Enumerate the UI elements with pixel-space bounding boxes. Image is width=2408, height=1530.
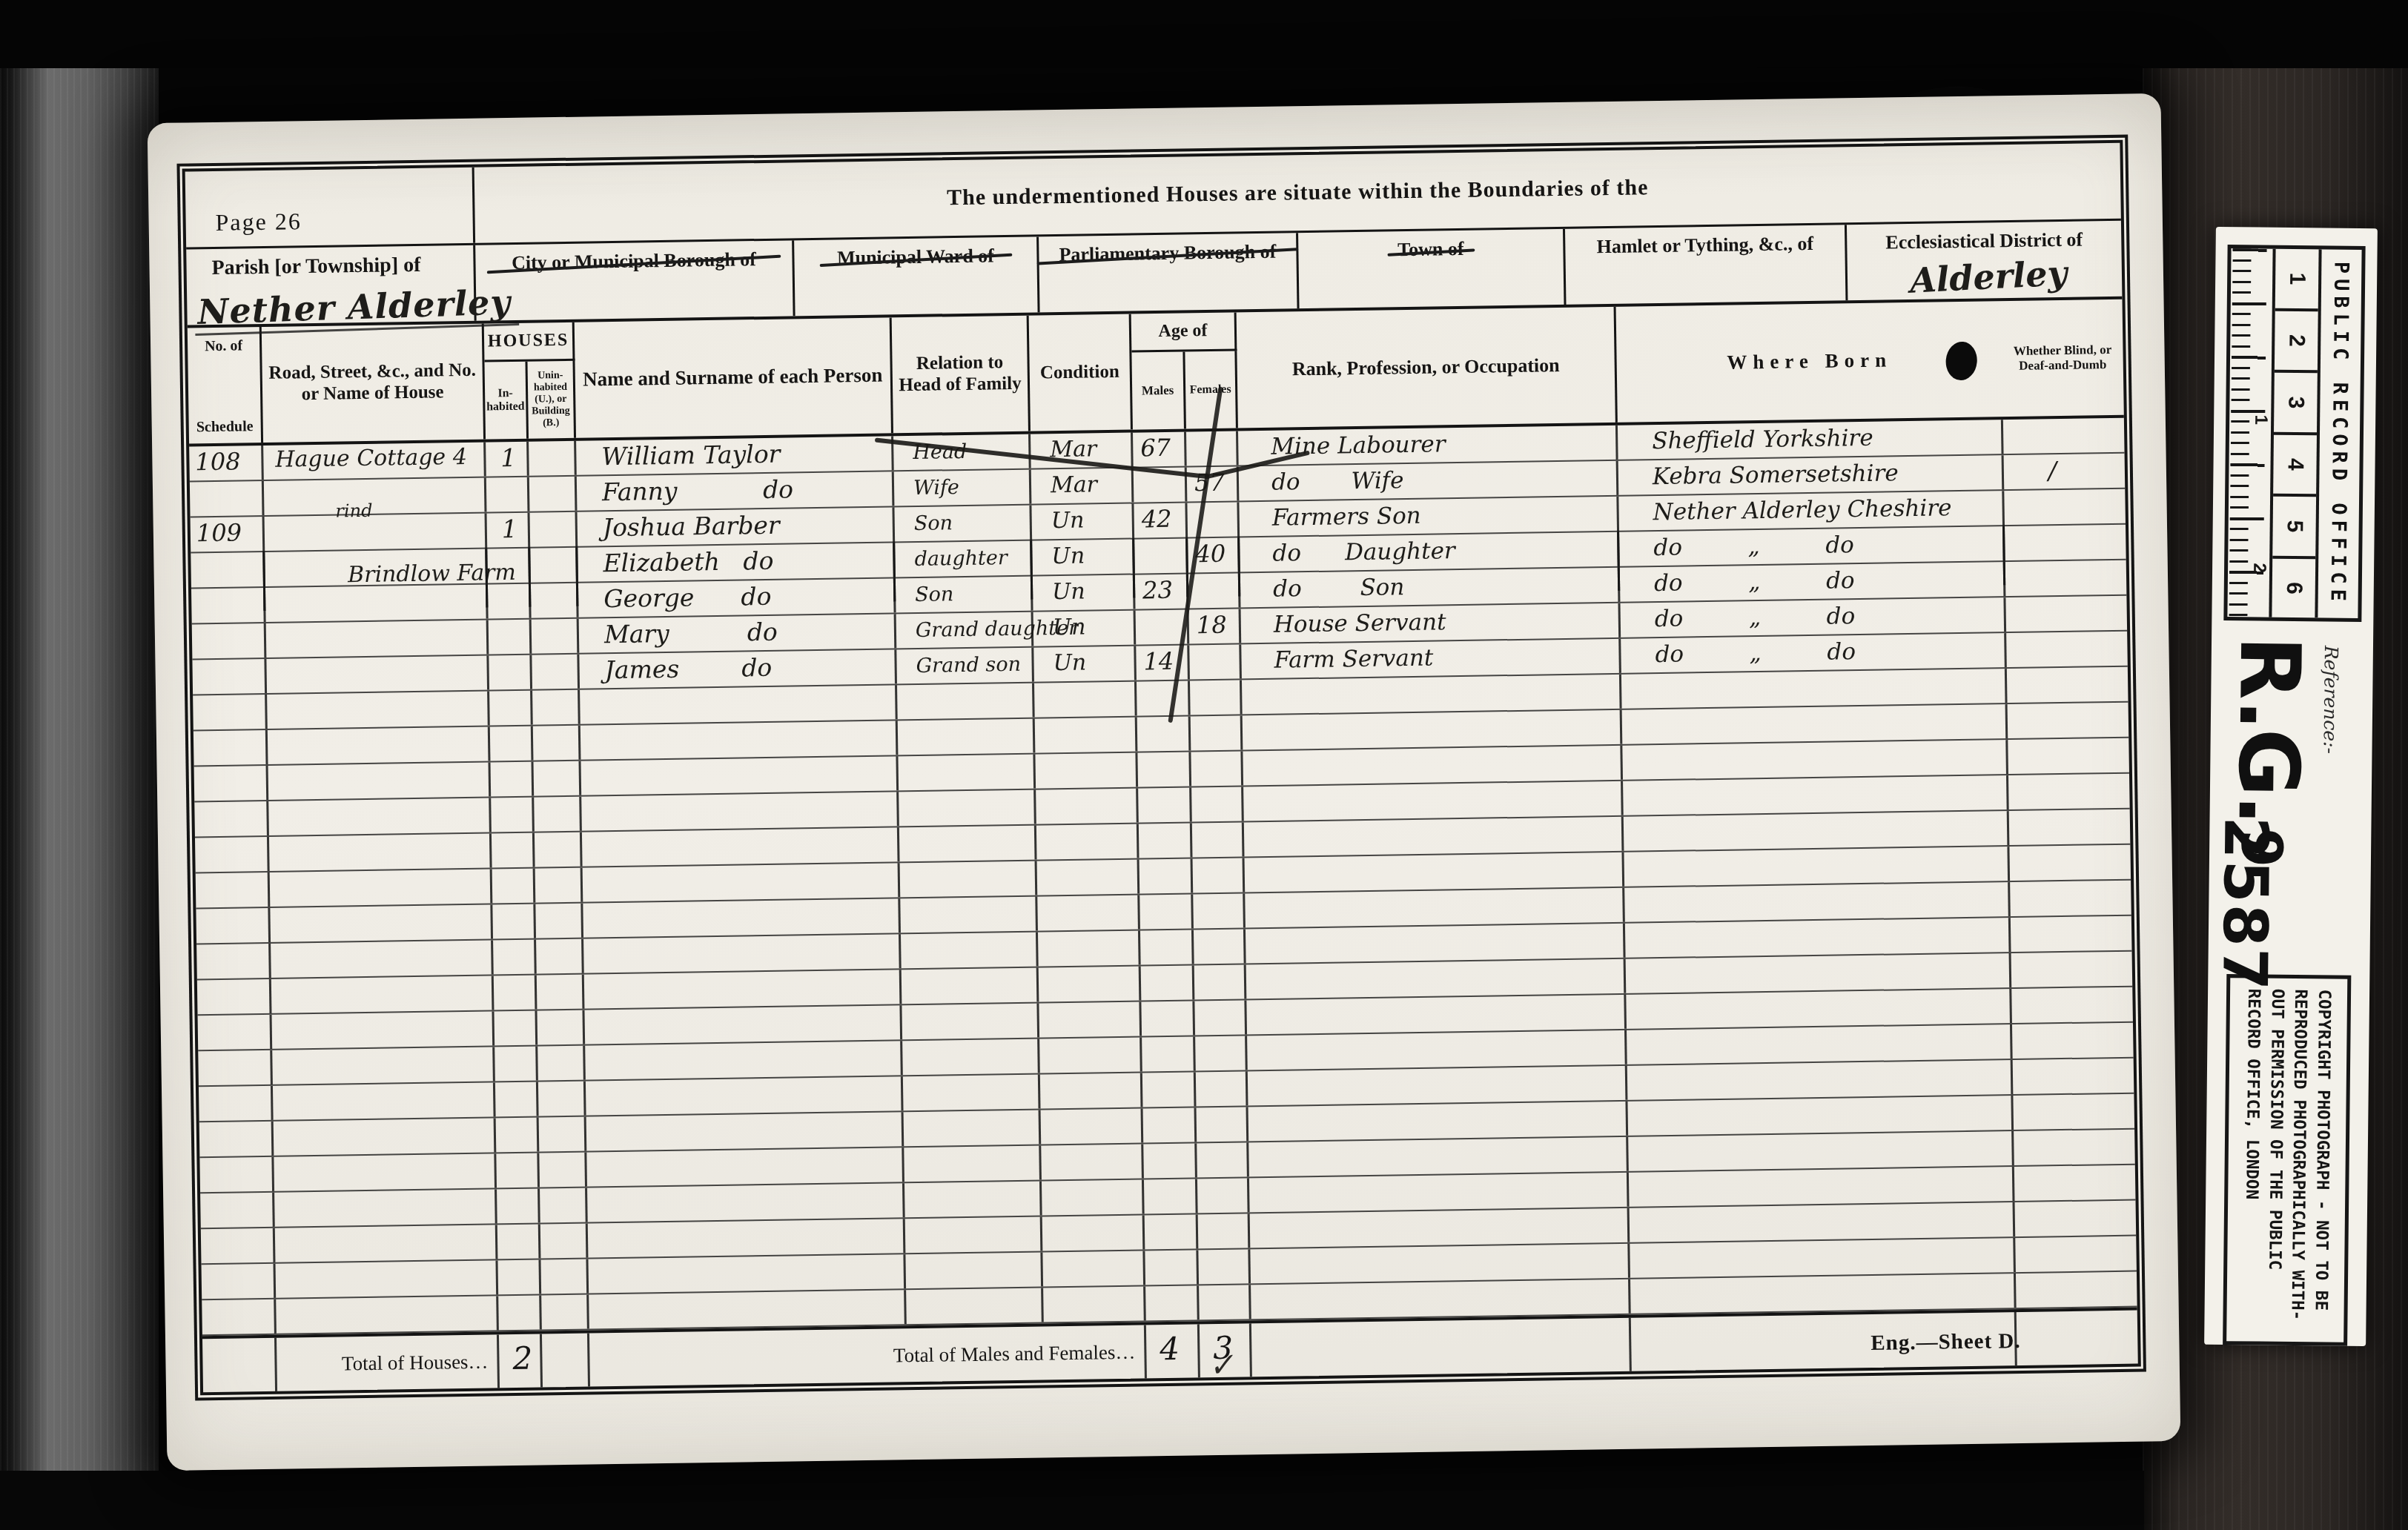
occupation: Farm Servant: [1241, 639, 1621, 679]
relation: Son: [896, 577, 1033, 613]
age-male: 23: [1135, 574, 1189, 609]
col-header-inhabited: In-habited: [484, 362, 529, 440]
sheet-label: Eng.—Sheet D.: [1870, 1329, 2021, 1356]
occupation: Mine Labourer: [1238, 425, 1618, 466]
age-female: [1186, 431, 1239, 466]
total-males-females-label: Total of Males and Females…: [589, 1325, 1147, 1386]
relation: daughter: [895, 541, 1033, 577]
where-born: do „ do: [1620, 597, 2006, 637]
age-female: 40: [1188, 537, 1240, 572]
hamlet-cell: Hamlet or Tything, &c., of: [1565, 225, 1848, 305]
municipal-ward-cell: Municipal Ward of: [794, 236, 1039, 316]
census-form: Page 26 The undermentioned Houses are si…: [182, 140, 2141, 1396]
condition: Un: [1033, 646, 1137, 682]
col-header-condition: Condition: [1029, 314, 1133, 431]
table-body: 108 Hague Cottage 4 1 William Taylor Hea…: [189, 418, 2137, 1337]
person-name: Mary do: [579, 614, 897, 652]
person-name: Fanny do: [577, 471, 895, 510]
inhabited-mark: 1: [486, 442, 529, 477]
piece-number: 2587: [2209, 816, 2280, 992]
page-number: Page 26: [185, 168, 475, 248]
parliamentary-borough-cell: Parliamentary Borough of: [1039, 233, 1299, 312]
where-born: do „ do: [1619, 526, 2005, 566]
film-edge-left: [0, 0, 159, 1530]
condition: Un: [1032, 540, 1135, 575]
pro-ruler: PUBLIC RECORD OFFICE 1 2 3 4 5 6 1 2: [2223, 245, 2365, 622]
pro-office-label: PUBLIC RECORD OFFICE: [2315, 249, 2361, 618]
where-born: Kebra Somersetshire: [1618, 455, 2005, 495]
parliamentary-borough-label: Parliamentary Borough of: [1054, 241, 1280, 267]
house-name: Hague Cottage 4: [263, 443, 486, 480]
pro-reference-card: PUBLIC RECORD OFFICE 1 2 3 4 5 6 1 2 Ref…: [2204, 227, 2378, 1346]
copyright-notice: COPYRIGHT PHOTOGRAPH - NOT TO BE REPRODU…: [2223, 974, 2351, 1346]
total-males-value: 4: [1146, 1324, 1200, 1378]
reference-section: Reference:- R.G. 9 2587: [2209, 632, 2373, 940]
condition: Un: [1033, 611, 1137, 646]
town-label: Town of: [1393, 238, 1469, 262]
occupation: do Daughter: [1240, 532, 1620, 572]
relation: Grand son: [896, 648, 1034, 684]
hamlet-label: Hamlet or Tything, &c., of: [1596, 233, 1813, 258]
person-name: Elizabeth do: [578, 543, 896, 581]
schedule-number: 108: [189, 446, 264, 480]
relation: Grand daughter: [896, 612, 1034, 649]
reference-label: Reference:-: [2319, 646, 2342, 754]
col-header-schedule: No. of Schedule: [188, 327, 263, 443]
relation: Wife: [894, 470, 1032, 506]
occupation: do Son: [1240, 568, 1621, 608]
total-houses-value: 2: [499, 1334, 543, 1388]
where-born: do „ do: [1620, 562, 2006, 602]
census-page: Page 26 The undermentioned Houses are si…: [148, 93, 2181, 1471]
condition: Un: [1033, 575, 1136, 611]
person-name: James do: [579, 649, 897, 688]
age-male: 14: [1136, 645, 1190, 680]
age-male: 67: [1133, 432, 1187, 467]
col-header-where-born: Where Born: [1616, 301, 2003, 423]
col-header-name: Name and Surname of each Person: [575, 317, 893, 437]
city-borough-label: City or Municipal Borough of: [507, 248, 761, 274]
relation: Head: [893, 434, 1031, 471]
parish-label: Parish [or Township] of: [211, 254, 420, 280]
ruler-ticks: 1 2: [2229, 248, 2272, 617]
col-header-males: Males: [1131, 352, 1186, 430]
person-name: William Taylor: [576, 436, 894, 474]
film-band-top: [0, 0, 2408, 68]
col-header-occupation: Rank, Profession, or Occupation: [1237, 307, 1618, 428]
ecclesiastical-value-handwriting: Alderley: [1909, 253, 2068, 300]
occupation: House Servant: [1241, 603, 1621, 643]
occupation: do Wife: [1239, 461, 1619, 501]
hole-punch-dot: [1944, 340, 1978, 382]
col-header-relation: Relation to Head of Family: [892, 316, 1031, 434]
blind-mark: [2003, 418, 2125, 454]
condition: Mar: [1031, 468, 1134, 504]
municipal-ward-label: Municipal Ward of: [833, 245, 999, 269]
house-name-correction: rind: [335, 502, 372, 520]
parish-cell: Parish [or Township] of Nether Alderley: [186, 245, 476, 325]
col-header-females: Females: [1185, 351, 1238, 428]
col-header-road: Road, Street, &c., and No. or Name of Ho…: [262, 324, 486, 443]
age-female: 57: [1187, 466, 1240, 501]
person-name: George do: [578, 578, 896, 617]
col-header-uninhabited: Unin-habited (U.), or Building (B.): [527, 361, 576, 439]
ecclesiastical-label: Ecclesiastical District of: [1885, 229, 2083, 254]
blind-mark: /: [2004, 454, 2126, 489]
col-header-houses-group: HOUSES: [484, 322, 575, 362]
age-female: 18: [1189, 609, 1242, 643]
film-band-bottom: [0, 1471, 2144, 1530]
checkmark-annotation: ✓: [1206, 1345, 1237, 1385]
town-cell: Town of: [1298, 229, 1566, 308]
col-header-age-group: Age of: [1131, 312, 1237, 352]
condition: Mar: [1031, 433, 1134, 468]
where-born: do „ do: [1621, 633, 2007, 673]
total-houses-label: Total of Houses…: [277, 1334, 500, 1391]
ruler-number-row: 1 2 3 4 5 6: [2269, 249, 2318, 618]
col-header-blind: Whether Blind, or Deaf-and-Dumb: [2001, 299, 2123, 417]
where-born: Sheffield Yorkshire: [1618, 420, 2004, 460]
city-borough-cell: City or Municipal Borough of: [475, 240, 795, 320]
ecclesiastical-cell: Ecclesiastical District of Alderley: [1847, 221, 2122, 300]
